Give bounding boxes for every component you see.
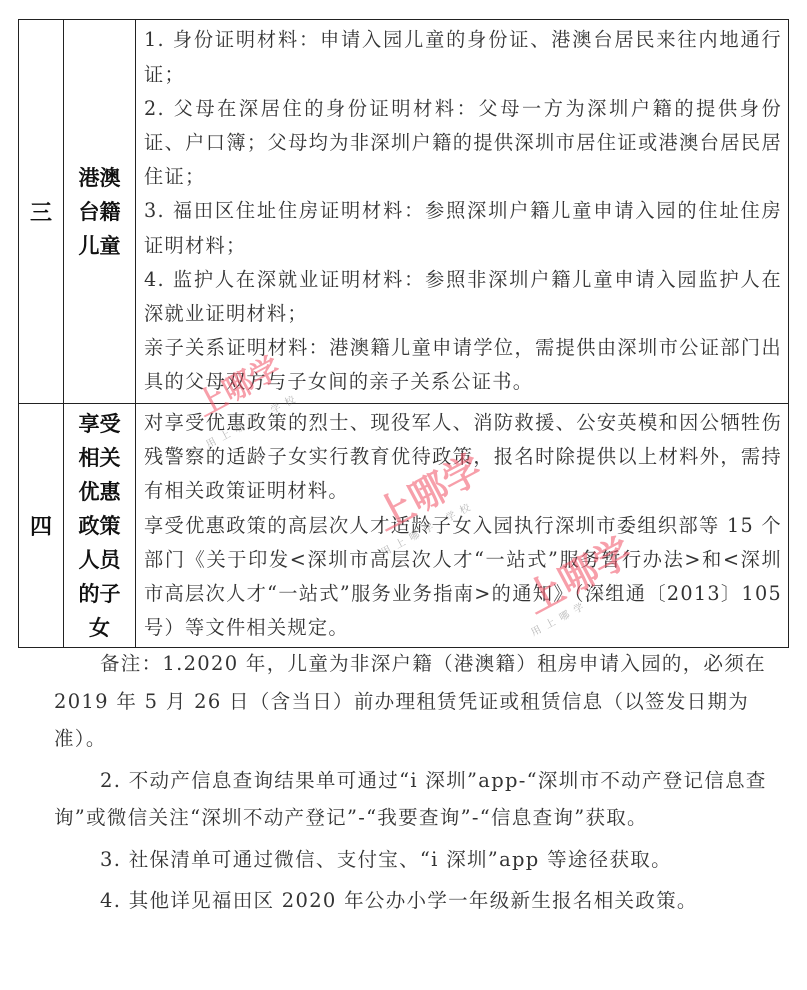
table-row: 三 港澳 台籍 儿童 1. 身份证明材料：申请入园儿童的身份证、港澳台居民来往内… [19, 20, 789, 404]
policy-table: 三 港澳 台籍 儿童 1. 身份证明材料：申请入园儿童的身份证、港澳台居民来往内… [18, 19, 789, 648]
category-line: 女 [64, 611, 135, 645]
category-line: 人员 [64, 543, 135, 577]
content-item: 4. 监护人在深就业证明材料：参照非深圳户籍儿童申请入园监护人在深就业证明材料； [144, 263, 782, 331]
category-line: 台籍 [64, 195, 135, 229]
row-number: 四 [19, 404, 64, 648]
note-item: 3. 社保清单可通过微信、支付宝、“i 深圳”app 等途径获取。 [54, 841, 784, 879]
content-item: 1. 身份证明材料：申请入园儿童的身份证、港澳台居民来往内地通行证； [144, 23, 782, 91]
note-item: 4. 其他详见福田区 2020 年公办小学一年级新生报名相关政策。 [54, 882, 784, 920]
content-item: 对享受优惠政策的烈士、现役军人、消防救援、公安英模和因公牺牲伤残警察的适龄子女实… [144, 406, 782, 509]
category-line: 儿童 [64, 229, 135, 263]
category-line: 享受 [64, 407, 135, 441]
content-item: 3. 福田区住址住房证明材料：参照深圳户籍儿童申请入园的住址住房证明材料； [144, 194, 782, 262]
row-content: 1. 身份证明材料：申请入园儿童的身份证、港澳台居民来往内地通行证； 2. 父母… [136, 20, 789, 404]
content-item: 亲子关系证明材料：港澳籍儿童申请学位，需提供由深圳市公证部门出具的父母双方与子女… [144, 331, 782, 399]
note-item: 备注：1.2020 年，儿童为非深户籍（港澳籍）租房申请入园的，必须在 2019… [54, 645, 784, 758]
table-row: 四 享受 相关 优惠 政策 人员 的子 女 对享受优惠政策的烈士、现役军人、消防… [19, 404, 789, 648]
category-line: 政策 [64, 509, 135, 543]
category-line: 优惠 [64, 475, 135, 509]
row-category: 享受 相关 优惠 政策 人员 的子 女 [64, 404, 136, 648]
notes-section: 备注：1.2020 年，儿童为非深户籍（港澳籍）租房申请入园的，必须在 2019… [54, 645, 784, 924]
row-category: 港澳 台籍 儿童 [64, 20, 136, 404]
note-item: 2. 不动产信息查询结果单可通过“i 深圳”app-“深圳市不动产登记信息查询”… [54, 762, 784, 837]
category-line: 相关 [64, 441, 135, 475]
content-item: 2. 父母在深居住的身份证明材料：父母一方为深圳户籍的提供身份证、户口簿；父母均… [144, 92, 782, 195]
row-number: 三 [19, 20, 64, 404]
row-content: 对享受优惠政策的烈士、现役军人、消防救援、公安英模和因公牺牲伤残警察的适龄子女实… [136, 404, 789, 648]
category-line: 的子 [64, 577, 135, 611]
category-line: 港澳 [64, 161, 135, 195]
content-item: 享受优惠政策的高层次人才适龄子女入园执行深圳市委组织部等 15 个部门《关于印发… [144, 509, 782, 646]
